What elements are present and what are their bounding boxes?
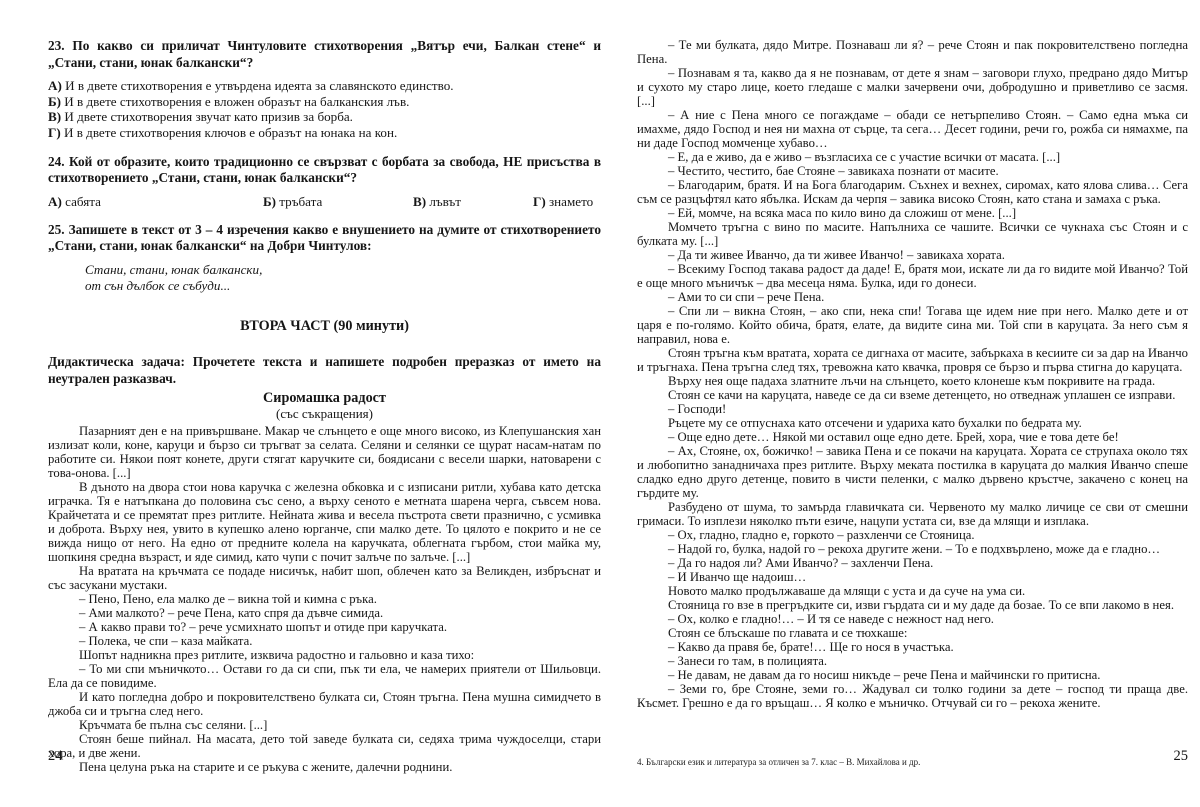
answer-option: В) лъвът bbox=[413, 194, 533, 210]
story-title: Сиромашка радост bbox=[48, 390, 601, 406]
answer-option: Г) И в двете стихотворения ключов е обра… bbox=[48, 125, 601, 141]
story-paragraph: Стоян се качи на каруцата, наведе се да … bbox=[637, 388, 1188, 402]
story-subtitle: (със съкращения) bbox=[48, 406, 601, 421]
story-paragraph: – А какво прави то? – рече усмихнато шоп… bbox=[48, 620, 601, 634]
story-paragraph: Пена целуна ръка на старите и се ръкува … bbox=[48, 760, 601, 774]
story-paragraph: Разбудено от шума, то замърда главичката… bbox=[637, 500, 1188, 528]
story-paragraph: – Още едно дете… Някой ми оставил още ед… bbox=[637, 430, 1188, 444]
question-23-options: А) И в двете стихотворения е утвърдена и… bbox=[48, 78, 601, 140]
story-paragraph: Пазарният ден е на привършване. Макар че… bbox=[48, 424, 601, 480]
option-letter: А) bbox=[48, 78, 62, 93]
question-23-text: 23. По какво си приличат Чинтуловите сти… bbox=[48, 38, 601, 71]
story-paragraph: – Честито, честито, бае Стояне – завиках… bbox=[637, 164, 1188, 178]
option-letter: Г) bbox=[48, 125, 61, 140]
didactic-task: Дидактическа задача: Прочетете текста и … bbox=[48, 354, 601, 387]
book-spread: 23. По какво си приличат Чинтуловите сти… bbox=[0, 0, 1200, 807]
story-paragraph: – Ами то си спи – рече Пена. bbox=[637, 290, 1188, 304]
question-25-text: 25. Запишете в текст от 3 – 4 изречения … bbox=[48, 222, 601, 255]
poem-line: Стани, стани, юнак балкански, bbox=[85, 262, 601, 278]
story-paragraph: – А ние с Пена много се погаждаме – обад… bbox=[637, 108, 1188, 150]
option-letter: Б) bbox=[48, 94, 61, 109]
story-paragraph: – Е, да е живо, да е живо – възгласиха с… bbox=[637, 150, 1188, 164]
question-24-options: А) сабятаБ) тръбатаВ) лъвътГ) знамето bbox=[48, 194, 601, 210]
story-text-right: – Те ми булката, дядо Митре. Познаваш ли… bbox=[637, 38, 1188, 710]
story-paragraph: Момчето тръгна с вино по масите. Напълни… bbox=[637, 220, 1188, 248]
story-paragraph: Стояница го взе в прегръдките си, изви г… bbox=[637, 598, 1188, 612]
answer-option: В) И двете стихотворения звучат като при… bbox=[48, 109, 601, 125]
story-paragraph: – Пено, Пено, ела малко де – викна той и… bbox=[48, 592, 601, 606]
poem-line: от сън дълбок се събуди... bbox=[85, 278, 601, 294]
page-number-left: 24 bbox=[48, 748, 63, 765]
option-letter: В) bbox=[413, 194, 426, 209]
story-paragraph: – Полека, че спи – каза майката. bbox=[48, 634, 601, 648]
story-paragraph: Върху нея още падаха златните лъчи на сл… bbox=[637, 374, 1188, 388]
story-paragraph: – Те ми булката, дядо Митре. Познаваш ли… bbox=[637, 38, 1188, 66]
story-paragraph: Стоян се блъскаше по главата и се тюхкаш… bbox=[637, 626, 1188, 640]
answer-option: Г) знамето bbox=[533, 194, 601, 210]
story-paragraph: – Занеси го там, в полицията. bbox=[637, 654, 1188, 668]
story-paragraph: – Ами малкото? – рече Пена, като спря да… bbox=[48, 606, 601, 620]
story-paragraph: – Ах, Стояне, ох, божичко! – завика Пена… bbox=[637, 444, 1188, 500]
story-paragraph: Стоян беше пийнал. На масата, дето той з… bbox=[48, 732, 601, 760]
story-text-left: Пазарният ден е на привършване. Макар че… bbox=[48, 424, 601, 774]
story-paragraph: – И Иванчо ще надоиш… bbox=[637, 570, 1188, 584]
page-left: 23. По какво си приличат Чинтуловите сти… bbox=[48, 38, 601, 774]
page-number-right: 25 bbox=[637, 748, 1188, 765]
answer-option: Б) тръбата bbox=[263, 194, 413, 210]
story-paragraph: Стоян тръгна към вратата, хората се дигн… bbox=[637, 346, 1188, 374]
story-paragraph: – Господи! bbox=[637, 402, 1188, 416]
option-letter: Г) bbox=[533, 194, 546, 209]
option-letter: В) bbox=[48, 109, 61, 124]
part-two-heading: ВТОРА ЧАСТ (90 минути) bbox=[48, 318, 601, 335]
story-paragraph: – Да ти живее Иванчо, да ти живее Иванчо… bbox=[637, 248, 1188, 262]
story-paragraph: – Земи го, бре Стояне, земи го… Жадувал … bbox=[637, 682, 1188, 710]
story-paragraph: Ръцете му се отпуснаха като отсечени и у… bbox=[637, 416, 1188, 430]
story-paragraph: – Всекиму Господ такава радост да даде! … bbox=[637, 262, 1188, 290]
story-paragraph: – Познавам я та, какво да я не познавам,… bbox=[637, 66, 1188, 108]
answer-option: А) И в двете стихотворения е утвърдена и… bbox=[48, 78, 601, 94]
poem-quote: Стани, стани, юнак балкански,от сън дълб… bbox=[85, 262, 601, 294]
answer-option: А) сабята bbox=[48, 194, 263, 210]
story-paragraph: – Благодарим, братя. И на Бога благодари… bbox=[637, 178, 1188, 206]
page-right: – Те ми булката, дядо Митре. Познаваш ли… bbox=[637, 38, 1188, 710]
story-paragraph: Новото малко продължаваше да млящи с уст… bbox=[637, 584, 1188, 598]
story-paragraph: В дъното на двора стои нова каручка с же… bbox=[48, 480, 601, 564]
story-paragraph: – Какво да правя бе, брате!… Ще го нося … bbox=[637, 640, 1188, 654]
option-letter: А) bbox=[48, 194, 62, 209]
story-paragraph: – То ми спи мъничкото… Остави го да си с… bbox=[48, 662, 601, 690]
story-paragraph: – Ей, момче, на всяка маса по кило вино … bbox=[637, 206, 1188, 220]
story-paragraph: – Ох, колко е гладно!… – И тя се наведе … bbox=[637, 612, 1188, 626]
story-paragraph: – Не давам, не давам да го носиш никъде … bbox=[637, 668, 1188, 682]
answer-option: Б) И в двете стихотворения е вложен обра… bbox=[48, 94, 601, 110]
story-paragraph: – Да го надоя ли? Ами Иванчо? – захленчи… bbox=[637, 556, 1188, 570]
story-paragraph: – Спи ли – викна Стоян, – ако спи, нека … bbox=[637, 304, 1188, 346]
story-paragraph: На вратата на кръчмата се подаде нисичък… bbox=[48, 564, 601, 592]
option-letter: Б) bbox=[263, 194, 276, 209]
story-paragraph: И като погледна добро и покровителствено… bbox=[48, 690, 601, 718]
story-paragraph: Кръчмата бе пълна със селяни. [...] bbox=[48, 718, 601, 732]
story-paragraph: – Ох, гладно, гладно е, горкото – разхле… bbox=[637, 528, 1188, 542]
story-paragraph: – Надой го, булка, надой го – рекоха дру… bbox=[637, 542, 1188, 556]
story-paragraph: Шопът надникна през ритлите, изквича рад… bbox=[48, 648, 601, 662]
question-24-text: 24. Кой от образите, които традиционно с… bbox=[48, 154, 601, 187]
